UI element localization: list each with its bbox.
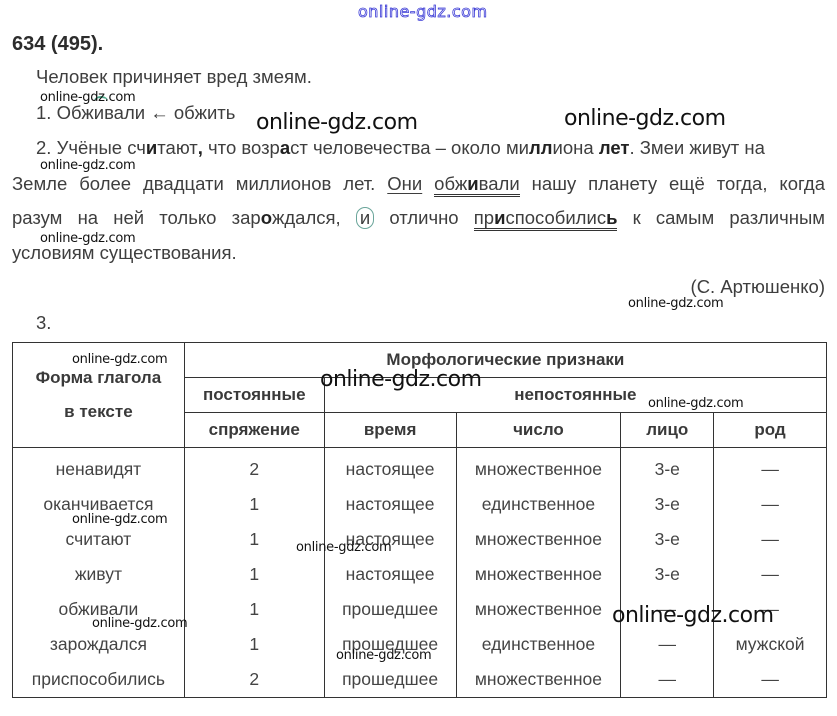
- cell-number: множественное: [456, 557, 621, 592]
- exercise-number: 634 (495).: [12, 33, 103, 56]
- watermark: online-gdz.com: [320, 367, 482, 392]
- cell-gender: —: [714, 557, 827, 592]
- watermark: online-gdz.com: [40, 158, 135, 173]
- cell-verb: считают: [13, 522, 185, 557]
- table-row: считают1настоящеемножественное3-е—: [13, 522, 827, 557]
- text: . Змеи живут на: [629, 137, 764, 158]
- cell-conj: 1: [184, 627, 324, 662]
- cell-person: —: [621, 627, 714, 662]
- cell-tense: настоящее: [324, 487, 456, 522]
- header-morph-features: Морфологические признаки: [184, 343, 826, 378]
- text: тают: [157, 137, 198, 158]
- watermark: online-gdz.com: [72, 512, 167, 527]
- watermark: online-gdz.com: [296, 540, 391, 555]
- circled-conjunction: и: [356, 207, 374, 229]
- cell-person: 3-е: [621, 448, 714, 488]
- watermark: online-gdz.com: [72, 352, 167, 367]
- cell-conj: 1: [184, 487, 324, 522]
- header-gender: род: [714, 413, 827, 448]
- watermark: online-gdz.com: [40, 90, 135, 105]
- cell-person: —: [621, 662, 714, 698]
- cell-person: 3-е: [621, 522, 714, 557]
- table-row: живут1настоящеемножественное3-е—: [13, 557, 827, 592]
- item-2-line-1: 2. Учёные считают, что возраст человечес…: [36, 137, 765, 159]
- text: ждался,: [272, 207, 356, 228]
- header-constant: постоянные: [184, 378, 324, 413]
- item-2-line-2: Земле более двадцати миллионов лет. Они …: [12, 173, 825, 195]
- cell-conj: 2: [184, 662, 324, 698]
- table-row: ненавидят2настоящеемножественное3-е—: [13, 448, 827, 488]
- item-2-line-3: разум на ней только зарождался, и отличн…: [12, 207, 825, 229]
- cell-number: множественное: [456, 662, 621, 698]
- cell-tense: прошедшее: [324, 662, 456, 698]
- cell-gender: —: [714, 662, 827, 698]
- cell-person: 3-е: [621, 487, 714, 522]
- cell-verb: зарождался: [13, 627, 185, 662]
- cell-number: единственное: [456, 487, 621, 522]
- watermark: online-gdz.com: [648, 396, 743, 411]
- cell-tense: прошедшее: [324, 592, 456, 627]
- header-tense: время: [324, 413, 456, 448]
- header-person: лицо: [621, 413, 714, 448]
- watermark: online-gdz.com: [92, 616, 187, 631]
- cell-verb: живут: [13, 557, 185, 592]
- cell-gender: —: [714, 487, 827, 522]
- text: Земле более двадцати миллионов лет.: [12, 173, 387, 194]
- stress-letter: о: [261, 207, 272, 228]
- subject-underlined: Они: [387, 173, 422, 194]
- intro-sentence: Человек причиняет вред змеям.: [36, 66, 312, 88]
- text: отлично: [374, 207, 474, 228]
- watermark: online-gdz.com: [256, 110, 418, 135]
- cell-number: множественное: [456, 522, 621, 557]
- watermark: online-gdz.com: [40, 231, 135, 246]
- stress-letter: а: [280, 137, 290, 158]
- watermark: online-gdz.com: [336, 648, 431, 663]
- text: разум на ней только зар: [12, 207, 261, 228]
- cell-person: 3-е: [621, 557, 714, 592]
- word-with-root-arc: Обживали: [57, 102, 146, 124]
- watermark: online-gdz.com: [564, 106, 726, 131]
- watermark: online-gdz.com: [628, 296, 723, 311]
- cell-gender: —: [714, 448, 827, 488]
- header-number: число: [456, 413, 621, 448]
- cell-gender: —: [714, 522, 827, 557]
- cell-tense: настоящее: [324, 448, 456, 488]
- text: Учёные сч: [57, 137, 146, 158]
- watermark: online-gdz.com: [612, 603, 774, 628]
- cell-verb: ненавидят: [13, 448, 185, 488]
- text: что возр: [203, 137, 280, 158]
- text: к самым различным: [617, 207, 825, 228]
- cell-tense: настоящее: [324, 557, 456, 592]
- cell-conj: 1: [184, 557, 324, 592]
- text: ст человечества – около ми: [290, 137, 529, 158]
- text: иона: [553, 137, 599, 158]
- cell-number: множественное: [456, 448, 621, 488]
- item-1: 1. Обживали ← обжить: [36, 102, 235, 124]
- cell-number: единственное: [456, 627, 621, 662]
- table-row: приспособились2прошедшеемножественное——: [13, 662, 827, 698]
- watermark-top: online-gdz.com: [358, 2, 488, 21]
- cell-gender: мужской: [714, 627, 827, 662]
- cell-conj: 1: [184, 592, 324, 627]
- header-conjugation: спряжение: [184, 413, 324, 448]
- predicate-underlined: приспособились: [474, 207, 618, 231]
- arrow-icon: ←: [150, 102, 169, 123]
- predicate-underlined: обживали: [434, 173, 519, 197]
- stress-letter: и: [146, 137, 157, 158]
- author-citation: (С. Артюшенко): [691, 276, 825, 298]
- cell-conj: 2: [184, 448, 324, 488]
- bold-word: лет: [599, 137, 630, 158]
- item-2-number: 2.: [36, 137, 51, 158]
- cell-verb: приспособились: [13, 662, 185, 698]
- cell-number: множественное: [456, 592, 621, 627]
- infinitive: обжить: [174, 102, 236, 123]
- item-1-number: 1.: [36, 102, 51, 123]
- double-l-letters: лл: [529, 137, 553, 158]
- item-3-number: 3.: [36, 312, 51, 334]
- text: нашу планету ещё тогда, когда: [520, 173, 825, 194]
